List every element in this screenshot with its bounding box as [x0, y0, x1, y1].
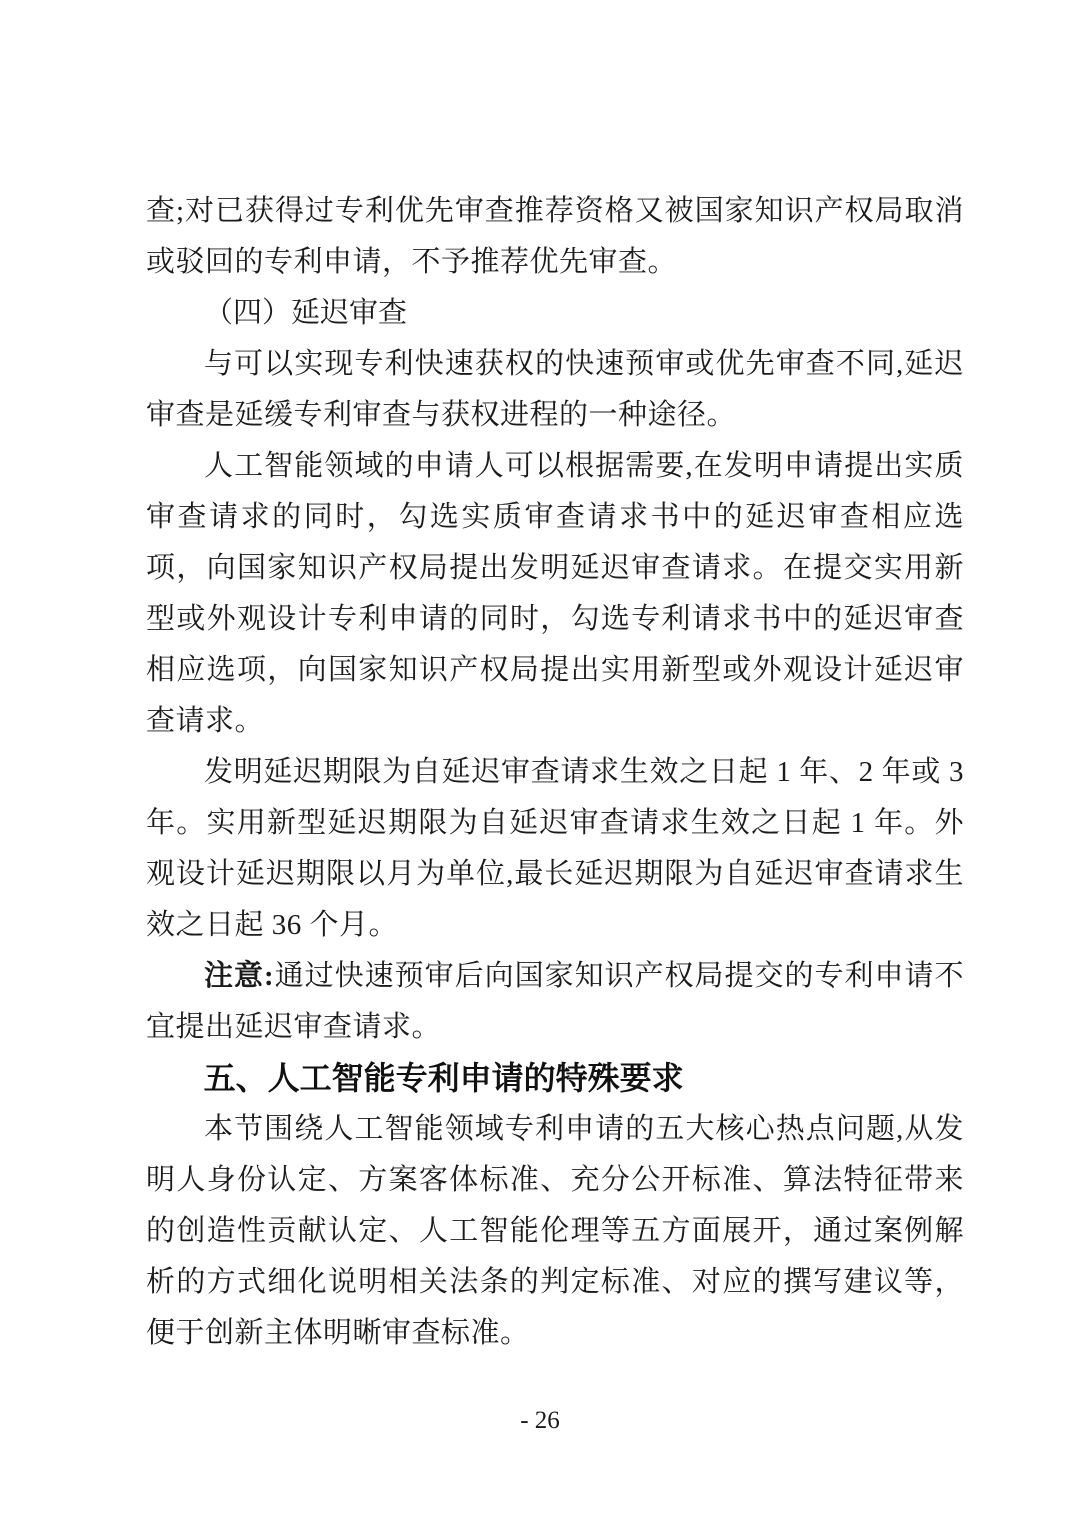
section-heading-special-requirements: 五、人工智能专利申请的特殊要求: [146, 1053, 964, 1104]
paragraph: 发明延迟期限为自延迟审查请求生效之日起 1 年、2 年或 3 年。实用新型延迟期…: [146, 747, 964, 951]
paragraph: 与可以实现专利快速获权的快速预审或优先审查不同,延迟审查是延缓专利审查与获权进程…: [146, 339, 964, 441]
section-subheading-delayed-examination: （四）延迟审查: [146, 288, 964, 339]
note-paragraph: 注意:通过快速预审后向国家知识产权局提交的专利申请不宜提出延迟审查请求。: [146, 951, 964, 1053]
document-page: 查;对已获得过专利优先审查推荐资格又被国家知识产权局取消或驳回的专利申请，不予推…: [0, 0, 1080, 1527]
paragraph-continuation: 查;对已获得过专利优先审查推荐资格又被国家知识产权局取消或驳回的专利申请，不予推…: [146, 186, 964, 288]
page-number: - 26: [0, 1406, 1080, 1436]
paragraph: 人工智能领域的申请人可以根据需要,在发明申请提出实质审查请求的同时，勾选实质审查…: [146, 441, 964, 747]
paragraph: 本节围绕人工智能领域专利申请的五大核心热点问题,从发明人身份认定、方案客体标准、…: [146, 1104, 964, 1359]
text-block: 查;对已获得过专利优先审查推荐资格又被国家知识产权局取消或驳回的专利申请，不予推…: [146, 186, 964, 1359]
note-lead-label: 注意:: [204, 960, 274, 992]
